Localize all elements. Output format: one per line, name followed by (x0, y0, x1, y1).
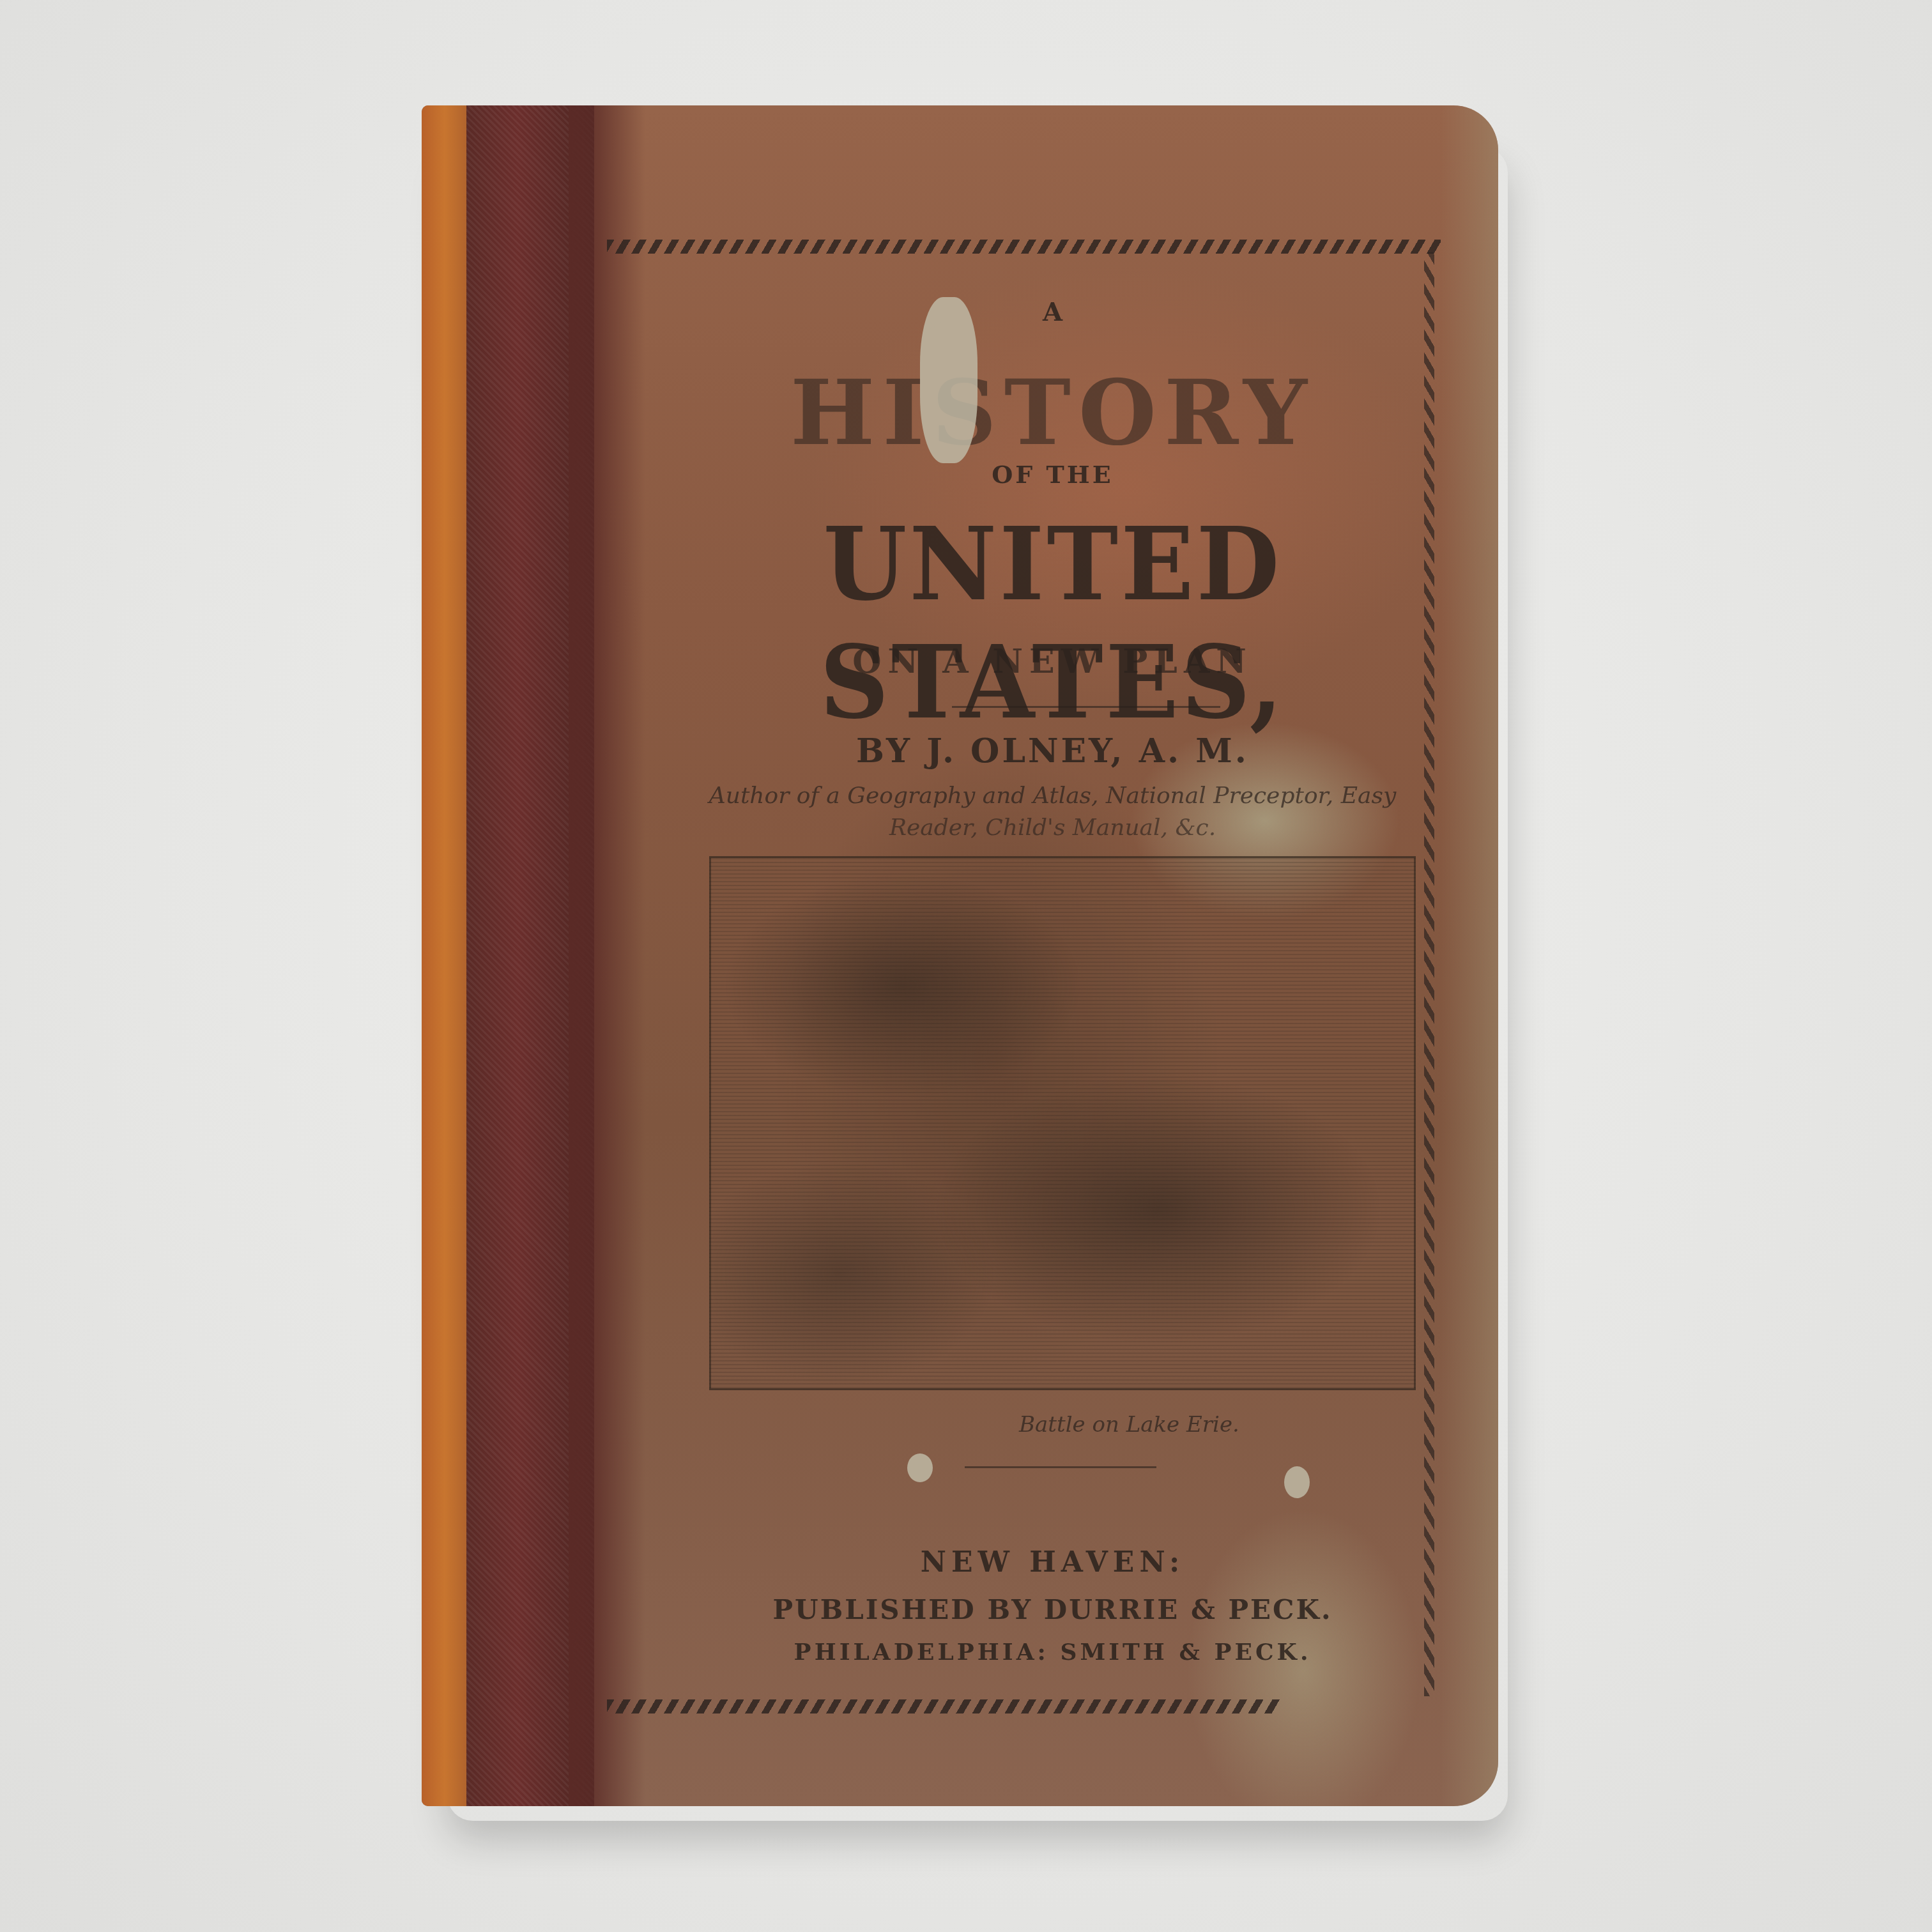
imprint-publisher: PUBLISHED BY DURRIE & PECK. (607, 1594, 1498, 1625)
book-cover: A HISTORY OF THE UNITED STATES, ON A NEW… (422, 105, 1498, 1806)
paper-loss-spot (920, 297, 977, 463)
bottom-ornamental-border (607, 1699, 1281, 1713)
divider-rule (952, 706, 1220, 708)
title-of-the: OF THE (607, 460, 1498, 489)
divider-rule-lower (965, 1466, 1156, 1468)
engraving-caption: Battle on Lake Erie. (760, 1412, 1498, 1437)
title-article: A (607, 297, 1498, 327)
byline: BY J. OLNEY, A. M. (607, 732, 1498, 770)
paper-loss-spot (1284, 1466, 1310, 1498)
author-note-line-2: Reader, Child's Manual, &c. (607, 815, 1498, 841)
title-page-print: A HISTORY OF THE UNITED STATES, ON A NEW… (607, 105, 1498, 1806)
imprint-city: NEW HAVEN: (607, 1546, 1498, 1579)
paper-loss-spot (907, 1453, 933, 1482)
top-ornamental-border (607, 240, 1441, 254)
imprint-distributor: PHILADELPHIA: SMITH & PECK. (607, 1639, 1498, 1666)
engraving-illustration (709, 856, 1416, 1390)
subtitle: ON A NEW PLAN (607, 642, 1498, 681)
title-history: HISTORY (607, 361, 1498, 466)
author-note-line-1: Author of a Geography and Atlas, Nationa… (607, 783, 1498, 809)
